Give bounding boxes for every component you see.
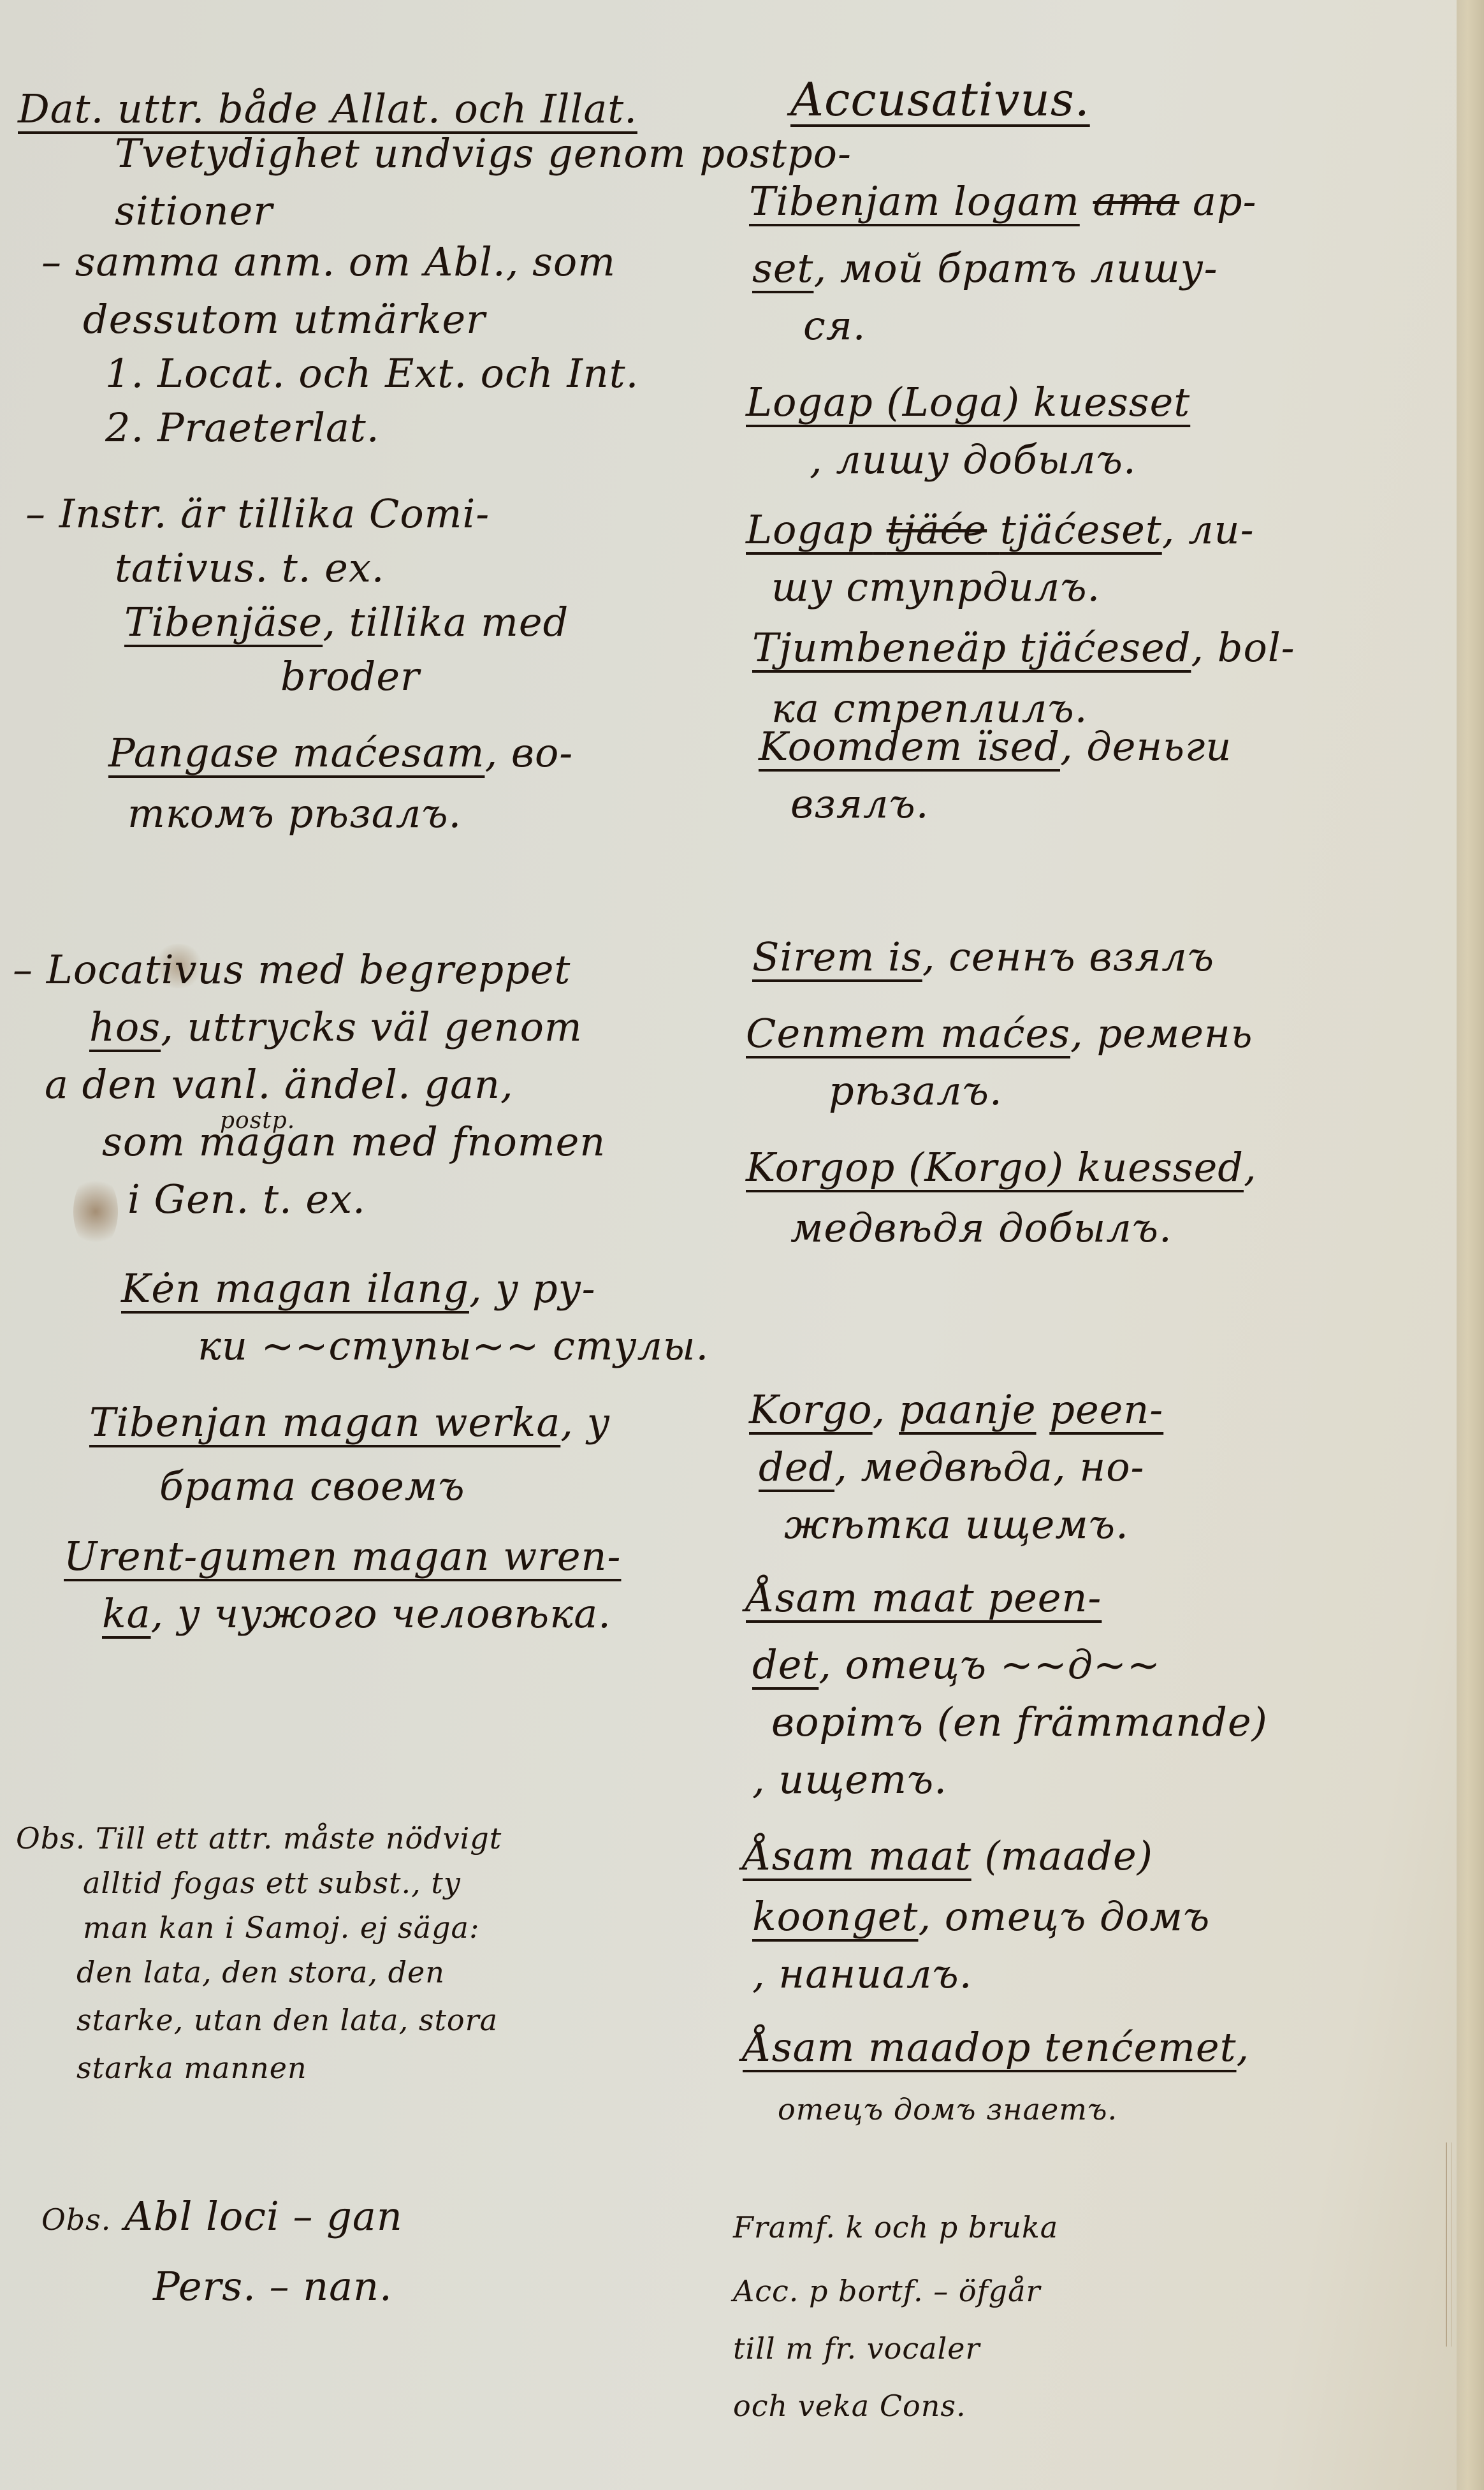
obs-abl-line-1: Obs. Abl loci – gan (41, 2197, 403, 2236)
acc-example-10-line-4: , ищетъ. (752, 1760, 947, 1799)
obs-note-line-1: Obs. Till ett attr. måste nödvigt (16, 1824, 502, 1853)
locativus-line-1: – Locativus med begreppet (13, 950, 571, 990)
locativus-example-3-cont: ka, у чужого человѣка. (102, 1594, 611, 1634)
acc-example-3: Logap tjäće tjäćeset, ли- (746, 510, 1255, 550)
dat-line-3: sitioner (115, 191, 273, 231)
dat-item-1: 1. Locat. och Ext. och Int. (105, 354, 639, 393)
dat-item-2: 2. Praeterlat. (105, 408, 380, 448)
acc-example-8: Korgop (Korgo) kuessed, (746, 1148, 1257, 1187)
instr-example-2: Pangase maćesam, во- (108, 733, 573, 773)
acc-example-6: Sirem is, сеннъ взялъ (752, 937, 1214, 977)
locativus-line-5: i Gen. t. ex. (127, 1180, 366, 1219)
locativus-example-2: Tibenjan magan werka, у (89, 1403, 611, 1442)
acc-example-11-line-3: , наниалъ. (752, 1954, 972, 1994)
dat-line-2: Tvetydighet undvigs genom postpo- (115, 134, 852, 173)
acc-example-9-line-2: ded, медвѣда, но- (759, 1447, 1144, 1487)
obs-abl-line-2: Pers. – nan. (153, 2267, 393, 2306)
locativus-line-2: hos, uttrycks väl genom (89, 1007, 583, 1047)
dat-line-1: Dat. uttr. både Allat. och Illat. (18, 89, 637, 129)
instr-example-1-cont: broder (280, 657, 420, 696)
obs-note-line-6: starka mannen (76, 2053, 307, 2083)
acc-example-1-line-2: set, мой братъ лишу- (752, 249, 1218, 288)
dat-line-5: dessutom utmärker (83, 300, 486, 339)
accusativus-heading: Accusativus. (790, 77, 1090, 122)
instr-example-1: Tibenjäse, tillika med (124, 603, 569, 642)
final-note-line-1: Framf. k och p bruka (733, 2213, 1058, 2242)
locativus-example-2-cont: брата своемъ (159, 1467, 465, 1506)
locativus-line-3: a den vanl. ändel. gan, (45, 1065, 514, 1104)
acc-example-7-line-2: рѣзалъ. (829, 1071, 1003, 1111)
obs-note-line-2: alltid fogas ett subst., ty (83, 1868, 461, 1898)
acc-example-9: Korgo, paanje peen- (749, 1390, 1163, 1430)
instr-line-2: tativus. t. ex. (115, 548, 385, 588)
acc-example-11: Åsam maat (maade) (743, 1836, 1153, 1876)
acc-example-2: Logap (Loga) kuesset (746, 383, 1190, 422)
instr-line-1: – Instr. är tillika Comi- (25, 494, 490, 534)
dat-line-4: – samma anm. om Abl., som (41, 242, 616, 282)
acc-example-4-line-2: ка стреплилъ. (771, 689, 1088, 728)
instr-example-2-cont: ткомъ рѣзалъ. (127, 794, 462, 833)
acc-example-2-line-2: , лишу добылъ. (810, 440, 1137, 480)
acc-example-5: Koomdem ïsed, деньги (759, 727, 1232, 766)
page-crease (1446, 2142, 1451, 2347)
final-note-line-4: och veka Cons. (733, 2391, 966, 2420)
acc-example-1-line-3: ся. (803, 306, 866, 346)
acc-example-10-line-3: ворітъ (en främmande) (771, 1703, 1268, 1742)
acc-example-3-line-2: шу ступрдилъ. (771, 568, 1100, 607)
acc-example-5-line-2: взялъ. (790, 784, 929, 824)
acc-example-1: Tibenjam logam ama ap- (749, 182, 1257, 221)
locativus-example-1-cont: ки ~~ступы~~ стулы. (198, 1326, 709, 1366)
acc-example-8-line-2: медвѣдя добылъ. (790, 1208, 1172, 1248)
locativus-example-1: Kėn magan ilang, у ру- (121, 1269, 596, 1308)
locativus-example-3: Urent-gumen magan wren- (64, 1537, 621, 1576)
acc-example-4: Tjumbeneäp tjäćesed, bol- (752, 628, 1295, 668)
acc-example-10-line-2: det, отецъ ~~д~~ (752, 1645, 1161, 1685)
acc-example-9-line-3: жѣтка ищемъ. (784, 1505, 1129, 1544)
final-note-line-2: Acc. p bortf. – öfgår (733, 2276, 1041, 2306)
acc-example-10: Åsam maat peen- (746, 1578, 1102, 1618)
final-note-line-3: till m fr. vocaler (733, 2334, 980, 2363)
acc-example-11-line-2: koonget, отецъ домъ (752, 1897, 1210, 1937)
acc-example-12: Åsam maadop tenćemet, (743, 2028, 1249, 2067)
acc-example-7: Cenmem maćes, ремень (746, 1014, 1253, 1053)
ink-stain (73, 1173, 118, 1250)
page-edge (1457, 0, 1484, 2490)
obs-note-line-5: starke, utan den lata, stora (76, 2005, 498, 2035)
obs-note-line-3: man kan i Samoj. ej säga: (83, 1913, 479, 1942)
manuscript-page: Dat. uttr. både Allat. och Illat. Tvetyd… (0, 0, 1457, 2490)
acc-example-12-line-2: отецъ домъ знаетъ. (778, 2095, 1117, 2124)
obs-note-line-4: den lata, den stora, den (76, 1958, 445, 1987)
locativus-line-4: som magan med fnomen (102, 1122, 606, 1162)
